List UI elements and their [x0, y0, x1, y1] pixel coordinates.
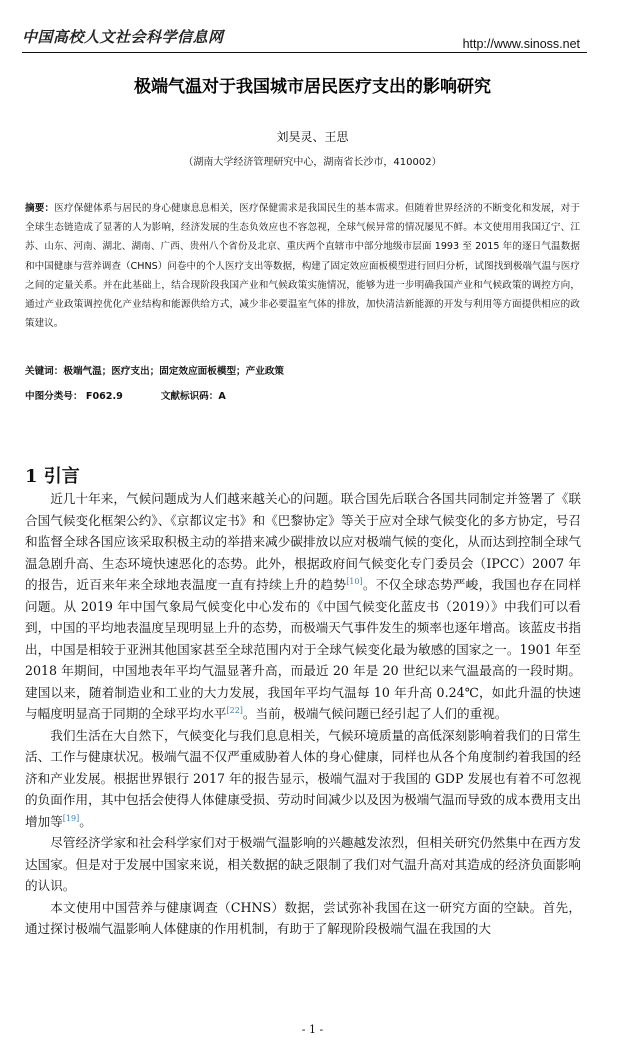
citation-link[interactable]: [19]	[63, 813, 79, 822]
paragraph-text: 。	[79, 814, 92, 829]
paper-affiliation: （湖南大学经济管理研究中心，湖南省长沙市，410002）	[0, 153, 625, 168]
abstract-text: 医疗保健体系与居民的身心健康息息相关，医疗保健需求是我国民生的基本需求。但随着世…	[25, 203, 580, 329]
paragraph-text: 本文使用中国营养与健康调查（CHNS）数据，尝试弥补我国在这一研究方面的空缺。首…	[25, 900, 581, 937]
header-url: http://www.sinoss.net	[463, 37, 580, 51]
body-paragraph: 我们生活在大自然下，气候变化与我们息息相关，气候环境质量的高低深刻影响着我们的日…	[25, 725, 581, 833]
classification-number: 中图分类号： F062.9	[25, 391, 123, 402]
paragraph-text: 尽管经济学家和社会科学家们对于极端气温影响的兴趣越发浓烈，但相关研究仍然集中在西…	[25, 835, 581, 893]
section-heading: 1 引言	[25, 462, 80, 488]
body-paragraph: 尽管经济学家和社会科学家们对于极端气温影响的兴趣越发浓烈，但相关研究仍然集中在西…	[25, 832, 581, 897]
paper-title: 极端气温对于我国城市居民医疗支出的影响研究	[0, 72, 625, 97]
keywords: 关键词：极端气温；医疗支出；固定效应面板模型；产业政策	[25, 363, 284, 377]
section-body: 近几十年来，气候问题成为人们越来越关心的问题。联合国先后联合各国共同制定并签署了…	[25, 488, 581, 940]
paper-authors: 刘昊灵、王思	[0, 128, 625, 145]
page-number: - 1 -	[0, 1023, 625, 1036]
header-divider	[22, 52, 587, 53]
citation-link[interactable]: [10]	[346, 577, 362, 586]
paragraph-text: 我们生活在大自然下，气候变化与我们息息相关，气候环境质量的高低深刻影响着我们的日…	[25, 728, 581, 829]
paragraph-text: 。当前，极端气候问题已经引起了人们的重视。	[243, 706, 507, 721]
paragraph-text: 。不仅全球态势严峻，我国也存在同样问题。从 2019 年中国气象局气候变化中心发…	[25, 577, 581, 721]
body-paragraph: 近几十年来，气候问题成为人们越来越关心的问题。联合国先后联合各国共同制定并签署了…	[25, 488, 581, 725]
body-paragraph: 本文使用中国营养与健康调查（CHNS）数据，尝试弥补我国在这一研究方面的空缺。首…	[25, 897, 581, 940]
abstract-label: 摘要：	[25, 203, 54, 214]
citation-link[interactable]: [22]	[227, 706, 243, 715]
header-site-name: 中国高校人文社会科学信息网	[22, 26, 224, 47]
abstract: 摘要：医疗保健体系与居民的身心健康息息相关，医疗保健需求是我国民生的基本需求。但…	[25, 199, 580, 333]
document-code: 文献标识码：A	[161, 391, 226, 402]
classification-line: 中图分类号： F062.9文献标识码：A	[25, 388, 226, 402]
